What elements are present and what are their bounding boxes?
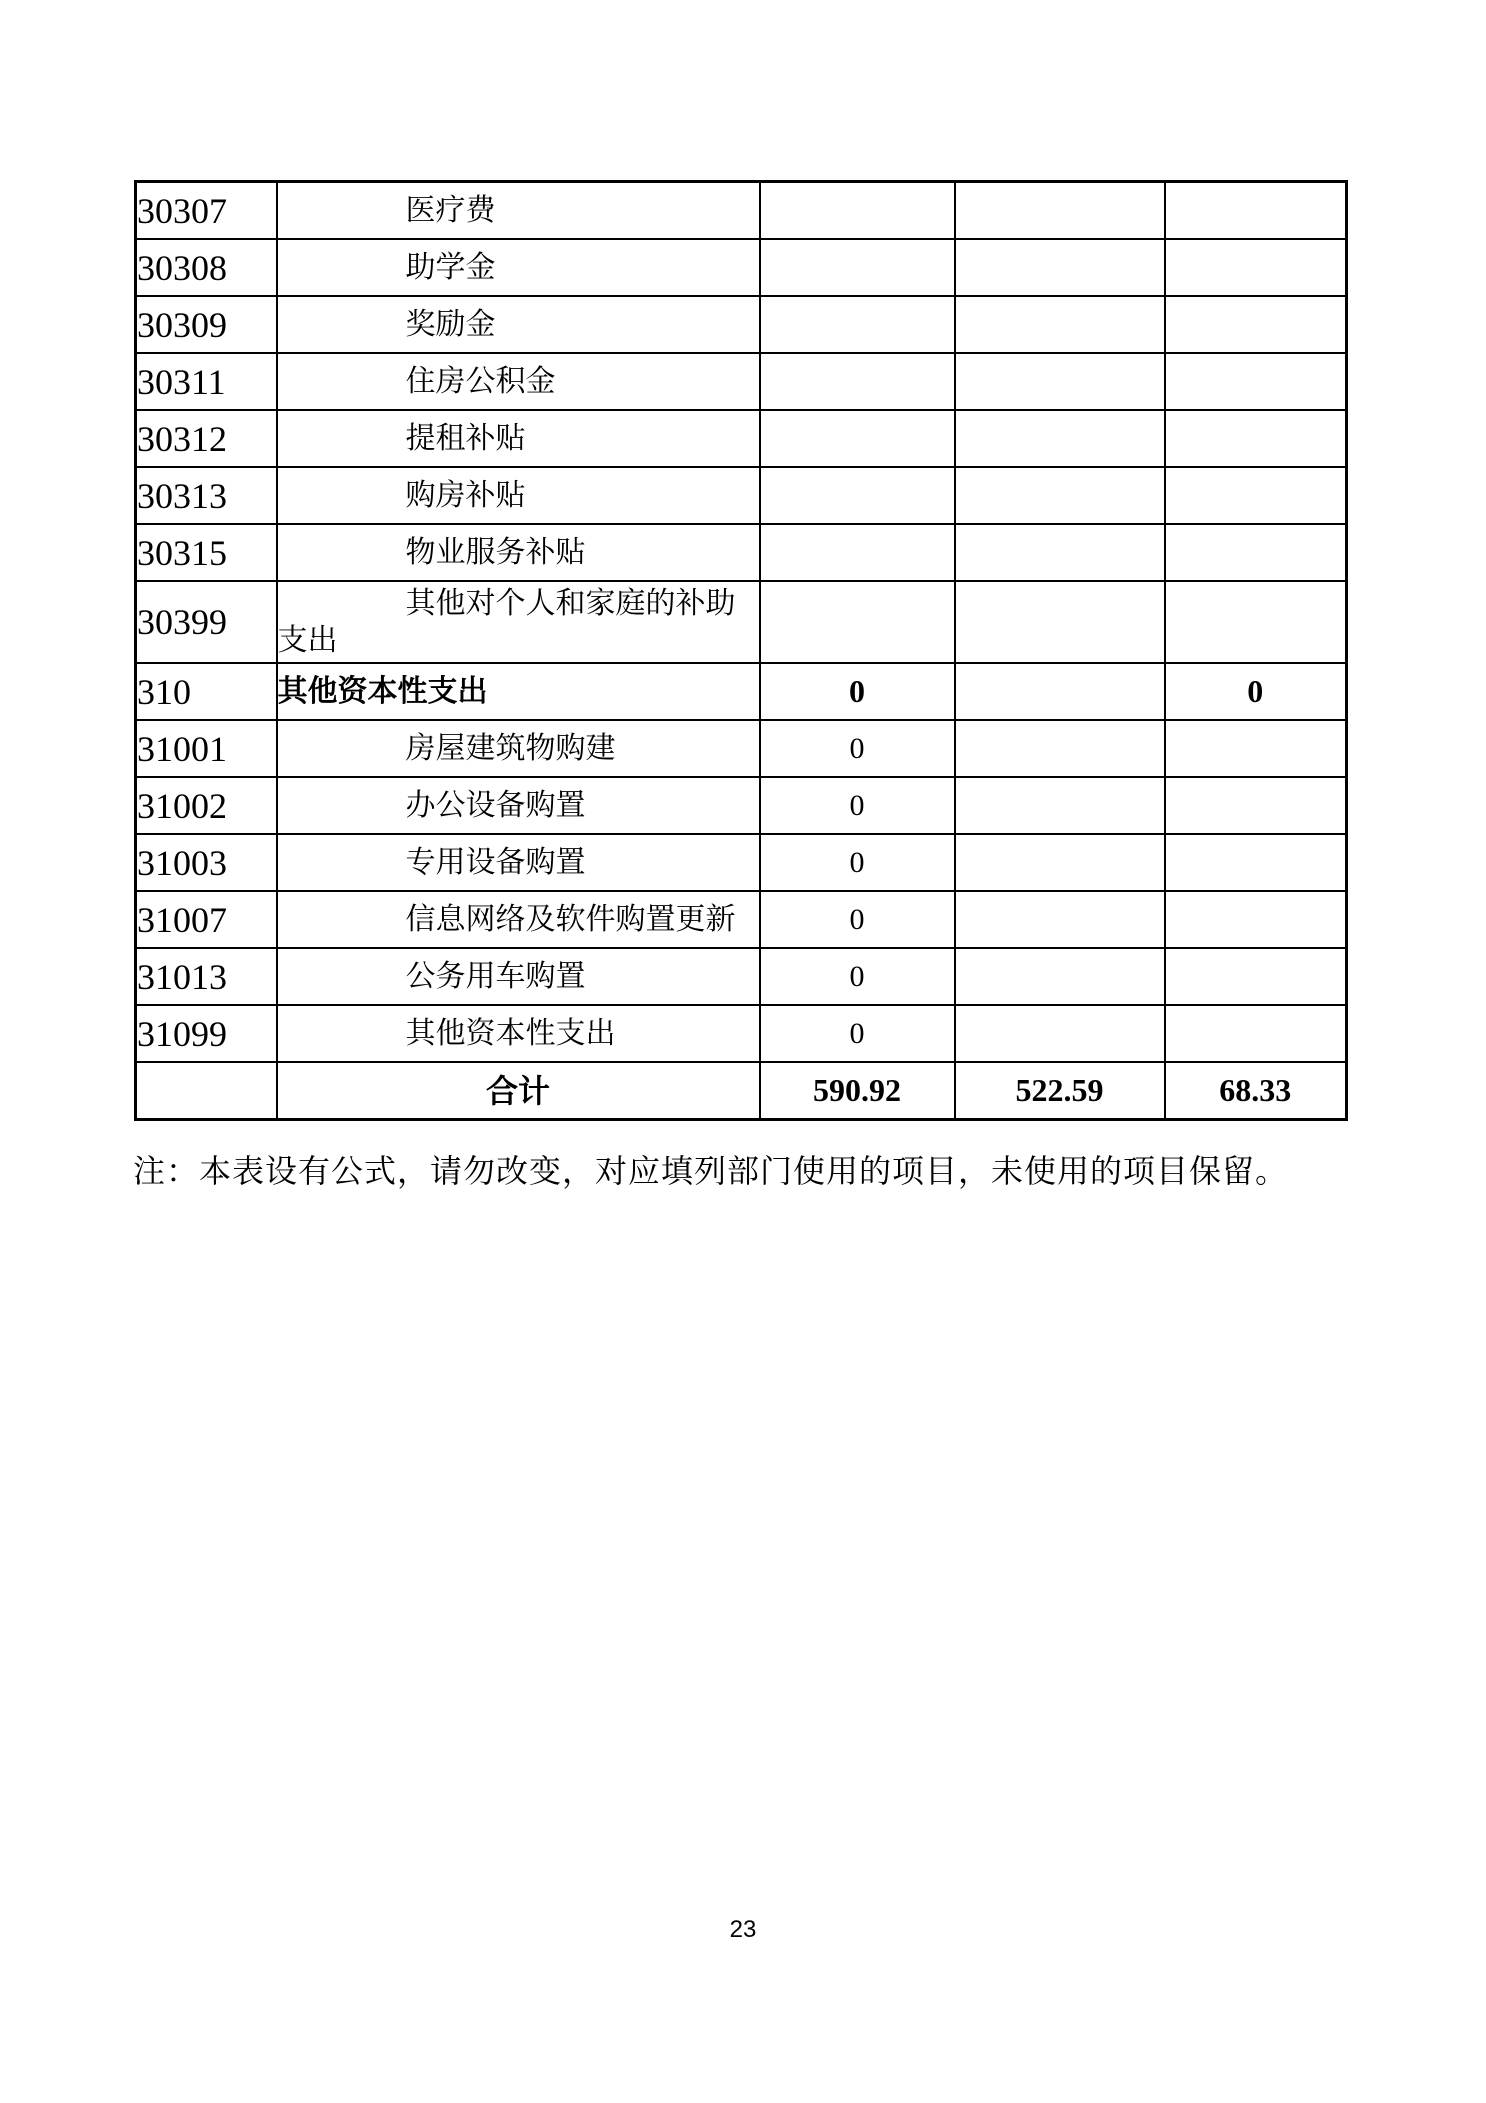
cell-value-1 [760,581,955,663]
cell-value-3 [1165,182,1347,240]
cell-name: 购房补贴 [277,467,760,524]
table-row: 30315物业服务补贴 [136,524,1347,581]
cell-name: 助学金 [277,239,760,296]
cell-code [136,1062,277,1120]
table-note: 注：本表设有公式，请勿改变，对应填列部门使用的项目，未使用的项目保留。 [133,1146,1288,1192]
table-row: 31003专用设备购置0 [136,834,1347,891]
table-row: 31099其他资本性支出0 [136,1005,1347,1062]
table-row: 30309奖励金 [136,296,1347,353]
cell-value-3 [1165,524,1347,581]
cell-value-2 [955,777,1165,834]
cell-value-2 [955,524,1165,581]
document-page: 30307医疗费30308助学金30309奖励金30311住房公积金30312提… [0,0,1486,2103]
table-row: 31002办公设备购置0 [136,777,1347,834]
cell-value-2 [955,239,1165,296]
cell-code: 30399 [136,581,277,663]
cell-value-3 [1165,353,1347,410]
cell-code: 31002 [136,777,277,834]
cell-code: 310 [136,663,277,720]
cell-name: 合计 [277,1062,760,1120]
table-row: 30308助学金 [136,239,1347,296]
cell-value-3 [1165,410,1347,467]
cell-name: 专用设备购置 [277,834,760,891]
cell-code: 30311 [136,353,277,410]
cell-code: 31007 [136,891,277,948]
cell-code: 31001 [136,720,277,777]
cell-code: 30313 [136,467,277,524]
cell-name: 住房公积金 [277,353,760,410]
cell-value-1 [760,353,955,410]
cell-value-1: 0 [760,1005,955,1062]
cell-value-2 [955,720,1165,777]
cell-value-1 [760,296,955,353]
cell-value-1 [760,410,955,467]
cell-value-1 [760,239,955,296]
cell-code: 30308 [136,239,277,296]
cell-value-1: 0 [760,720,955,777]
cell-value-2 [955,891,1165,948]
cell-value-2 [955,1005,1165,1062]
cell-value-2 [955,410,1165,467]
table-row: 31007信息网络及软件购置更新0 [136,891,1347,948]
cell-value-2 [955,353,1165,410]
cell-name: 其他对个人和家庭的补助支出 [277,581,760,663]
cell-code: 30309 [136,296,277,353]
cell-value-3 [1165,720,1347,777]
table-row: 31013公务用车购置0 [136,948,1347,1005]
cell-value-2: 522.59 [955,1062,1165,1120]
cell-name: 信息网络及软件购置更新 [277,891,760,948]
table-row: 合计590.92522.5968.33 [136,1062,1347,1120]
cell-name: 其他资本性支出 [277,1005,760,1062]
cell-value-3 [1165,834,1347,891]
cell-value-3 [1165,296,1347,353]
cell-value-3 [1165,948,1347,1005]
table-row: 30399其他对个人和家庭的补助支出 [136,581,1347,663]
cell-value-2 [955,948,1165,1005]
cell-value-3: 0 [1165,663,1347,720]
cell-value-1: 0 [760,948,955,1005]
cell-value-1 [760,467,955,524]
cell-value-1: 590.92 [760,1062,955,1120]
cell-code: 30307 [136,182,277,240]
budget-continuation-table: 30307医疗费30308助学金30309奖励金30311住房公积金30312提… [134,180,1348,1121]
cell-value-3 [1165,239,1347,296]
table-row: 30313购房补贴 [136,467,1347,524]
cell-value-3 [1165,1005,1347,1062]
table-row: 31001房屋建筑物购建0 [136,720,1347,777]
cell-value-3 [1165,891,1347,948]
cell-value-3 [1165,467,1347,524]
cell-value-1: 0 [760,834,955,891]
cell-value-3 [1165,581,1347,663]
cell-code: 30315 [136,524,277,581]
cell-code: 31013 [136,948,277,1005]
cell-name: 其他资本性支出 [277,663,760,720]
budget-table-body: 30307医疗费30308助学金30309奖励金30311住房公积金30312提… [136,182,1347,1120]
cell-code: 30312 [136,410,277,467]
cell-value-1: 0 [760,663,955,720]
cell-code: 31099 [136,1005,277,1062]
cell-value-2 [955,182,1165,240]
cell-value-1 [760,182,955,240]
cell-value-3: 68.33 [1165,1062,1347,1120]
table-row: 30307医疗费 [136,182,1347,240]
table-row: 30311住房公积金 [136,353,1347,410]
page-number: 23 [0,1916,1486,1944]
cell-name: 公务用车购置 [277,948,760,1005]
cell-value-2 [955,834,1165,891]
cell-code: 31003 [136,834,277,891]
cell-value-2 [955,663,1165,720]
cell-name: 提租补贴 [277,410,760,467]
cell-value-1: 0 [760,891,955,948]
cell-name: 办公设备购置 [277,777,760,834]
cell-value-2 [955,581,1165,663]
cell-name: 物业服务补贴 [277,524,760,581]
table-row: 310其他资本性支出00 [136,663,1347,720]
cell-value-1 [760,524,955,581]
cell-value-2 [955,296,1165,353]
cell-name: 奖励金 [277,296,760,353]
cell-name: 医疗费 [277,182,760,240]
cell-value-2 [955,467,1165,524]
cell-value-3 [1165,777,1347,834]
cell-value-1: 0 [760,777,955,834]
table-row: 30312提租补贴 [136,410,1347,467]
cell-name: 房屋建筑物购建 [277,720,760,777]
